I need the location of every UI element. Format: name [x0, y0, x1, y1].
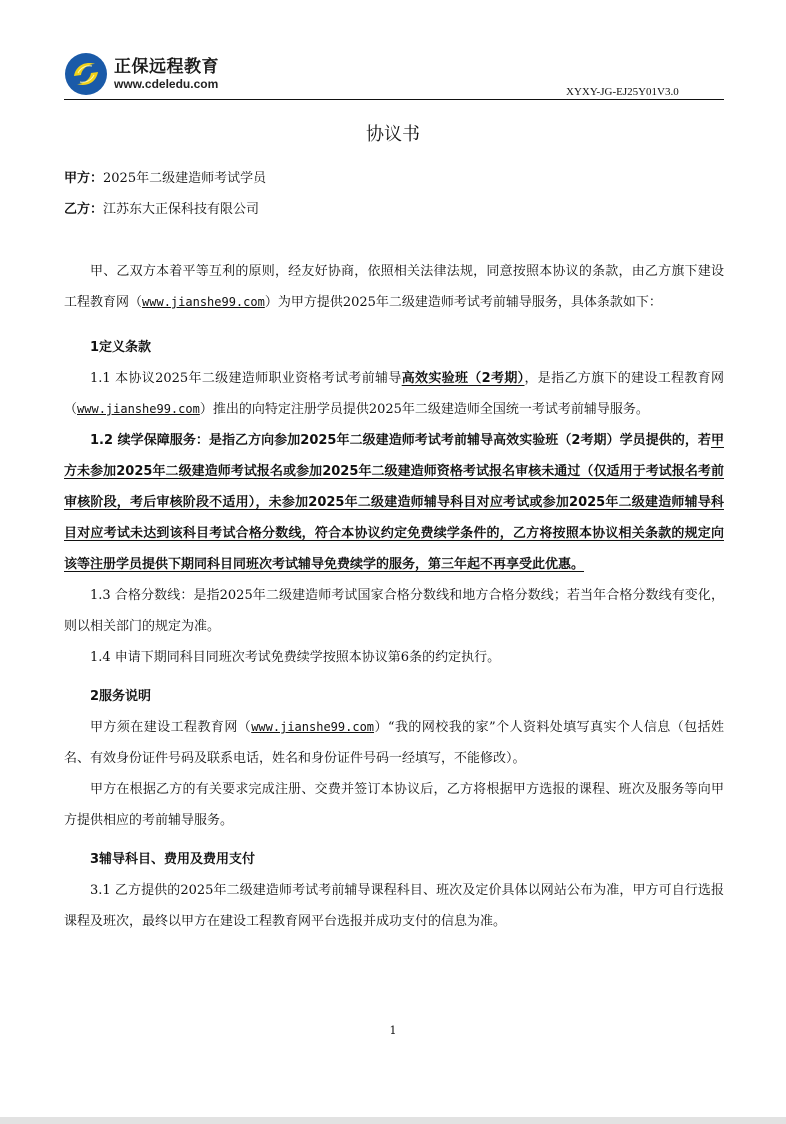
- party-a-value: 2025年二级建造师考试学员: [103, 171, 266, 186]
- clause-1-1: 1.1 本协议2025年二级建造师职业资格考试考前辅导高效实验班（2考期），是指…: [64, 363, 724, 425]
- page-number: 1: [0, 1024, 786, 1037]
- clause-1-2: 1.2 续学保障服务：是指乙方向参加2025年二级建造师考试考前辅导高效实验班（…: [64, 425, 724, 580]
- service-paragraph-2: 甲方在根据乙方的有关要求完成注册、交费并签订本协议后，乙方将根据甲方选报的课程、…: [64, 774, 724, 836]
- company-logo: 正保远程教育 www.cdeledu.com: [64, 52, 219, 96]
- logo-url: www.cdeledu.com: [114, 77, 219, 91]
- document-page: 正保远程教育 www.cdeledu.com XYXY-JG-EJ25Y01V3…: [0, 0, 786, 1117]
- party-a-label: 甲方：: [64, 171, 103, 186]
- section-3-heading: 3辅导科目、费用及费用支付: [64, 844, 724, 875]
- service-paragraph-1: 甲方须在建设工程教育网（www.jianshe99.com）“我的网校我的家”个…: [64, 712, 724, 774]
- intro-paragraph: 甲、乙双方本着平等互利的原则，经友好协商，依照相关法律法规，同意按照本协议的条款…: [64, 256, 724, 318]
- header-divider: [64, 99, 724, 100]
- logo-name: 正保远程教育: [114, 57, 219, 77]
- section-1-heading: 1定义条款: [64, 332, 724, 363]
- jianshe99-link[interactable]: www.jianshe99.com: [142, 295, 265, 309]
- clause-1-3: 1.3 合格分数线：是指2025年二级建造师考试国家合格分数线和地方合格分数线；…: [64, 580, 724, 642]
- jianshe99-link[interactable]: www.jianshe99.com: [251, 720, 374, 734]
- document-title: 协议书: [0, 120, 786, 146]
- section-2-heading: 2服务说明: [64, 681, 724, 712]
- clause-1-4: 1.4 申请下期同科目同班次考试免费续学按照本协议第6条的约定执行。: [64, 642, 724, 673]
- party-b: 乙方：江苏东大正保科技有限公司: [64, 200, 259, 220]
- party-b-label: 乙方：: [64, 202, 103, 217]
- party-a: 甲方：2025年二级建造师考试学员: [64, 169, 266, 189]
- clause-3-1: 3.1 乙方提供的2025年二级建造师考试考前辅导课程科目、班次及定价具体以网站…: [64, 875, 724, 937]
- page-gap: [0, 1117, 786, 1124]
- agreement-body: 甲、乙双方本着平等互利的原则，经友好协商，依照相关法律法规，同意按照本协议的条款…: [64, 256, 724, 937]
- logo-emblem-icon: [64, 52, 108, 96]
- jianshe99-link[interactable]: www.jianshe99.com: [77, 402, 200, 416]
- party-b-value: 江苏东大正保科技有限公司: [103, 202, 259, 217]
- document-code: XYXY-JG-EJ25Y01V3.0: [566, 86, 679, 98]
